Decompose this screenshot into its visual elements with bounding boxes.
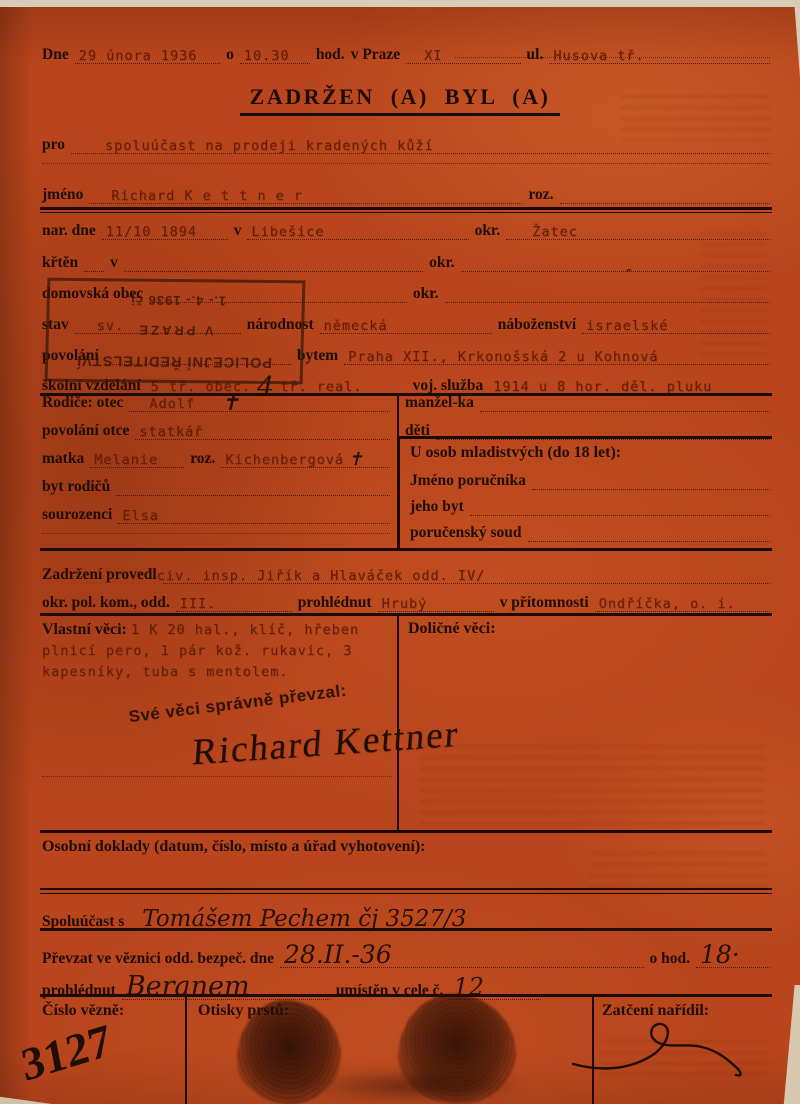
value-bytem: Praha XII., Krkonošská 2 u Kohnová — [348, 350, 658, 366]
field-birth-place: Libešice — [247, 220, 468, 240]
label-okr-1: okr. — [475, 222, 501, 240]
label-okr-2: okr. — [429, 254, 455, 272]
name-line: jméno Richard K e t t n e r roz. — [42, 184, 770, 204]
label-o: o — [226, 46, 234, 64]
complicity-line: Spoluúčast s Tomášem Pechem čj 3527/3 — [42, 903, 770, 930]
value-prohlednut: Hrubý — [382, 597, 428, 613]
parents-residence-line: byt rodičů — [42, 476, 390, 496]
field-roz — [560, 184, 770, 204]
label-zadrzeni-provedl: Zadržení provedl — [42, 566, 157, 584]
value-prohlednut-kym: Beranem — [126, 971, 250, 1002]
label-prohlednut: prohlédnut — [298, 594, 372, 612]
column-divider-parents — [397, 396, 399, 436]
field-byt-rodicu — [116, 476, 390, 496]
detention-form-scan: Dne 29 února 1936 o 10.30 hod. v Praze X… — [0, 0, 800, 1104]
label-nabozenstvi: náboženství — [498, 316, 576, 334]
label-v-2: v — [110, 254, 118, 272]
field-matka-roz: Kichenbergová ✝ — [221, 448, 390, 468]
label-v-praze: v Praze — [351, 46, 400, 64]
siblings-extra-line — [42, 518, 390, 534]
bleed-through-documents-area — [590, 852, 768, 896]
reason-extra-line — [42, 149, 770, 164]
value-district: XI — [410, 49, 442, 65]
value-nabozenstvi: israelské — [586, 319, 668, 335]
value-matka: Melanie — [94, 453, 158, 469]
label-cislo-vezne: Číslo vězně: — [42, 1002, 124, 1020]
police-stamp-line1: POLICEJNÍ ŘEDITELSTVÍ — [76, 352, 272, 370]
field-spoluucast: Tomášem Pechem čj 3527/3 — [130, 903, 770, 930]
label-vlastni-veci: Vlastní věci: — [42, 621, 127, 638]
label-krten: křtěn — [42, 254, 78, 272]
district-commissariat-line: okr. pol. kom., odd. III. prohlédnut Hru… — [42, 592, 770, 612]
field-pritomnost: Ondříčka, o. i. — [595, 592, 770, 612]
label-manzelka: manžel-ka — [405, 394, 474, 412]
police-stamp-line2: V PRAZE — [136, 323, 214, 339]
bleed-through-footer — [600, 1040, 768, 1078]
field-zadrzeni-provedl: civ. insp. Jiřík a Hlaváček odd. IV/ — [163, 564, 770, 584]
value-matka-roz: Kichenbergová — [225, 453, 344, 469]
value-hodina: 18· — [700, 941, 740, 970]
date-line: Dne 29 února 1936 o 10.30 hod. v Praze X… — [42, 44, 770, 64]
label-byt-rodicu: byt rodičů — [42, 478, 110, 496]
guardian-court-line: poručenský soud — [410, 522, 770, 542]
field-baptism-place — [124, 252, 423, 272]
spouse-line: manžel-ka — [405, 392, 770, 412]
value-date: 29 února 1936 — [79, 49, 198, 65]
field-name: Richard K e t t n e r — [89, 184, 522, 204]
label-osobni-doklady: Osobní doklady (datum, číslo, místo a úř… — [42, 838, 426, 856]
value-birth-date: 11/10 1894 — [106, 225, 197, 241]
rule-under-name-1 — [40, 207, 772, 210]
label-okr-pol-kom: okr. pol. kom., odd. — [42, 594, 170, 612]
label-okr-3: okr. — [413, 285, 439, 303]
value-time: 10.30 — [244, 49, 290, 65]
evidence-items-block: Doličné věci: — [408, 620, 496, 638]
police-headquarters-stamp: POLICEJNÍ ŘEDITELSTVÍ V PRAZE 1.- 4.- 19… — [45, 278, 306, 385]
field-birth-date: 11/10 1894 — [102, 220, 228, 240]
label-nar-dne: nar. dne — [42, 222, 96, 240]
field-time: 10.30 — [240, 44, 310, 64]
label-dolicne-veci: Doličné věci: — [408, 620, 496, 637]
field-prevzat-dne: 28.II.-36 — [280, 938, 643, 968]
label-jeho-byt: jeho byt — [410, 498, 464, 516]
scan-edge-top — [0, 0, 800, 7]
birth-line: nar. dne 11/10 1894 v Libešice okr. Žate… — [42, 220, 770, 240]
label-roz-2: roz. — [190, 450, 215, 468]
rule-under-name-2 — [40, 212, 772, 213]
bleed-through-top-right — [620, 95, 770, 141]
mother-line: matka Melanie roz. Kichenbergová ✝ — [42, 448, 390, 468]
field-odd: III. — [176, 592, 292, 612]
field-hodina: 18· — [696, 938, 770, 968]
value-birth-place: Libešice — [251, 225, 324, 241]
field-district: XI — [406, 44, 520, 64]
detention-by-line: Zadržení provedl civ. insp. Jiřík a Hlav… — [42, 564, 770, 584]
field-povolani-otce: statkář — [135, 420, 390, 440]
label-rodice-otec: Rodiče: otec — [42, 394, 123, 412]
value-narodnost: německá — [324, 319, 388, 335]
rule-after-complicity — [40, 928, 772, 931]
footer-divider-1 — [185, 994, 187, 1104]
value-birth-okr: Žatec — [510, 225, 578, 241]
label-jmeno: jméno — [42, 186, 83, 204]
field-otec: Adolf ✝ — [129, 392, 390, 412]
baptism-line: křtěn v okr. — [42, 252, 770, 272]
field-krten-gap — [84, 252, 104, 272]
field-porucensky-soud — [528, 522, 770, 542]
label-hod: hod. — [316, 46, 345, 64]
bleed-through-right-edge — [700, 232, 766, 360]
label-o-hod: o hod. — [650, 950, 691, 968]
field-date: 29 února 1936 — [75, 44, 220, 64]
label-matka: matka — [42, 450, 84, 468]
field-manzelka — [480, 392, 770, 412]
form-title: ZADRŽEN (A) BYL (A) — [240, 84, 561, 116]
label-v-pritomnosti: v přítomnosti — [500, 594, 589, 612]
bleed-through-evidence-area — [420, 745, 765, 831]
value-otec: Adolf — [133, 397, 195, 413]
value-povolani-otce: statkář — [139, 425, 203, 441]
label-mladistvi: U osob mladistvých (do 18 let): — [410, 444, 621, 462]
deceased-cross-father: ✝ — [221, 396, 239, 411]
value-name: Richard K e t t n e r — [93, 189, 303, 205]
field-jmeno-porucnika — [532, 470, 770, 490]
guardian-residence-line: jeho byt — [410, 496, 770, 516]
ditto-mark: ″ — [626, 266, 632, 284]
field-narodnost: německá — [320, 314, 492, 334]
label-porucensky-soud: poručenský soud — [410, 524, 522, 542]
value-pritomnost: Ondříčka, o. i. — [599, 597, 736, 613]
father-occupation-line: povolání otce statkář — [42, 420, 390, 440]
value-zadrzeni-provedl: civ. insp. Jiřík a Hlaváček odd. IV/ — [157, 569, 486, 585]
label-prohlednut-2: prohlédnut — [42, 982, 116, 1000]
guardian-name-line: Jméno poručníka — [410, 470, 770, 490]
label-prevzat: Převzat ve věznici odd. bezpeč. dne — [42, 950, 274, 968]
police-stamp-line3: 1.- 4.- 1936 čj. — [125, 292, 226, 308]
field-street: Husova tř. — [549, 44, 770, 64]
field-prohlednut: Hrubý — [378, 592, 494, 612]
value-odd: III. — [180, 597, 217, 613]
label-jmeno-porucnika: Jméno poručníka — [410, 472, 526, 490]
field-jeho-byt — [470, 496, 770, 516]
field-matka: Melanie — [90, 448, 184, 468]
minors-title-line: U osob mladistvých (do 18 let): — [410, 444, 770, 462]
signature-line — [42, 762, 392, 777]
label-dne: Dne — [42, 46, 69, 64]
label-ul: ul. — [527, 46, 544, 64]
rule-after-family — [40, 548, 772, 551]
label-v: v — [234, 222, 242, 240]
label-roz: roz. — [528, 186, 553, 204]
deceased-cross-mother: ✝ — [348, 453, 363, 467]
street-extra-line — [455, 57, 770, 58]
label-umisten: umístěn v cele č. — [336, 982, 444, 1000]
own-items-block: Vlastní věci: 1 K 20 hal., klíč, hřeben … — [42, 620, 394, 682]
fingerprint-smudge — [300, 1068, 530, 1104]
rule-after-detention — [40, 613, 772, 616]
father-line: Rodiče: otec Adolf ✝ — [42, 392, 390, 412]
value-prevzat-dne: 28.II.-36 — [284, 941, 392, 970]
rule-before-footer — [40, 994, 772, 997]
prison-intake-line: Převzat ve věznici odd. bezpeč. dne 28.I… — [42, 938, 770, 968]
label-povolani-otce: povolání otce — [42, 422, 129, 440]
